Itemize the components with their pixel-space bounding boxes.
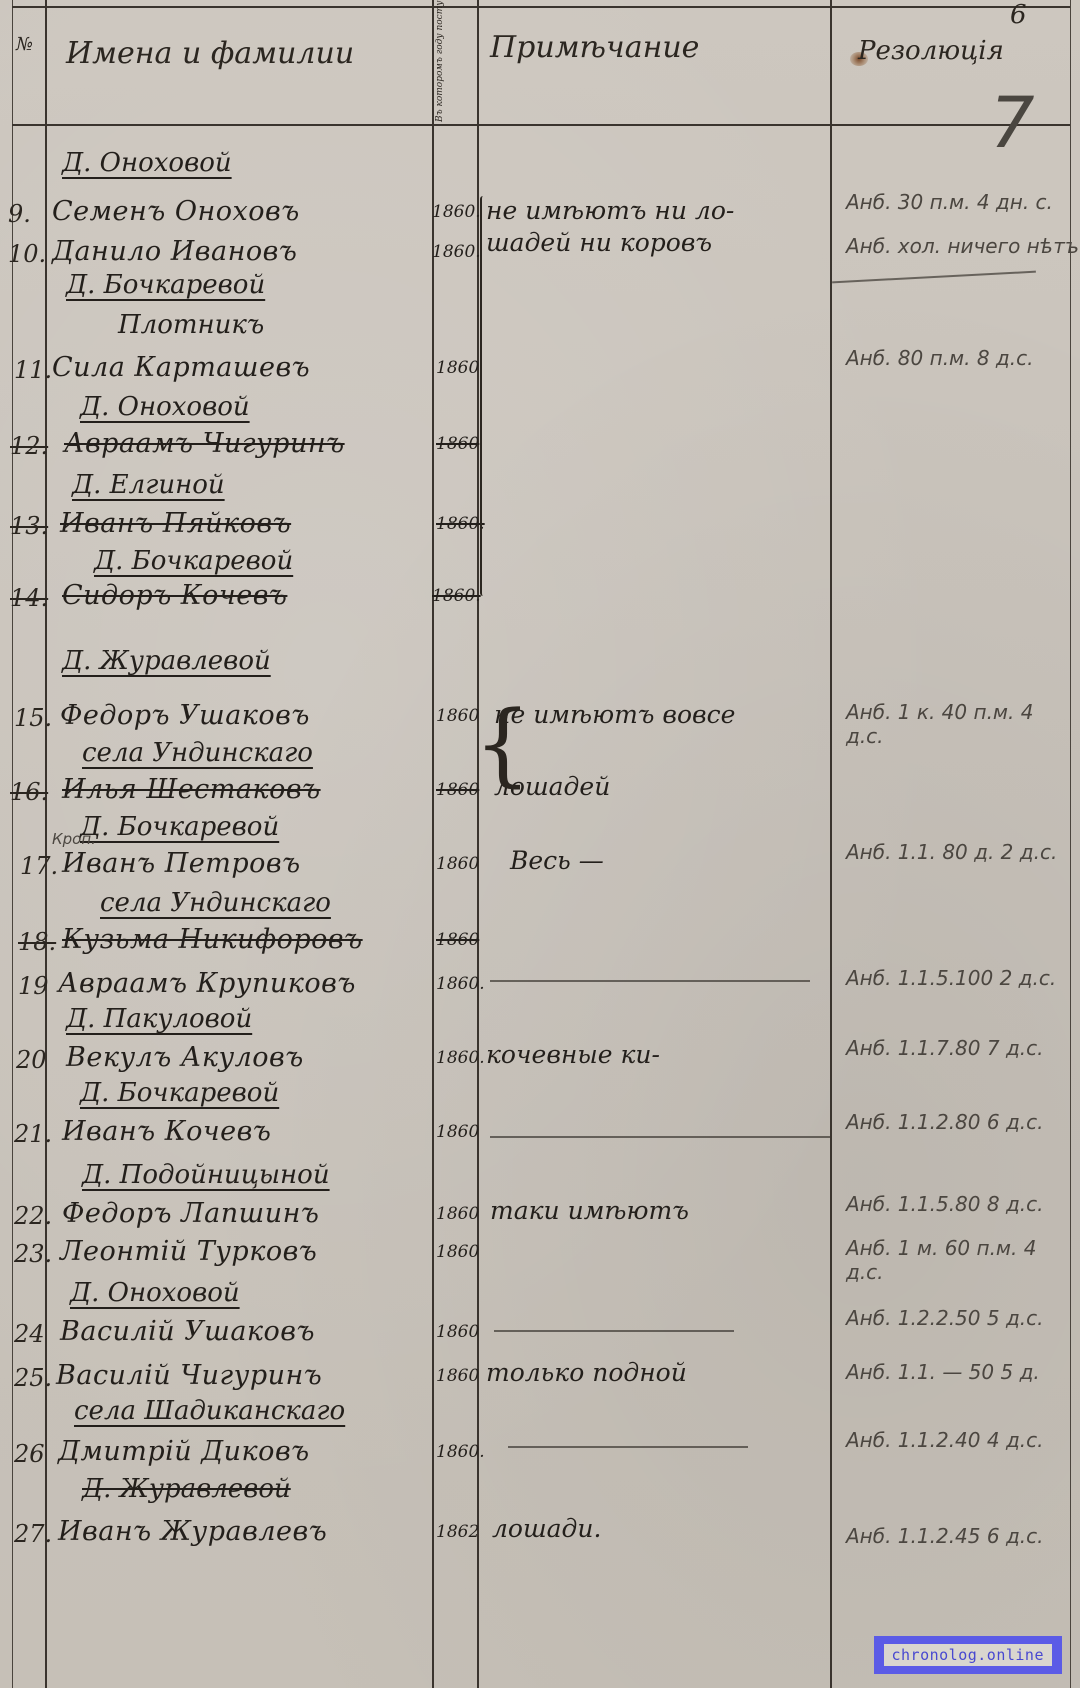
village-heading: Д. Елгиной [72, 470, 225, 500]
person-name-struck: Авраамъ Чигуринъ [64, 428, 345, 459]
row-number: 26 [14, 1440, 45, 1468]
header-note: Примѣчание [490, 30, 699, 65]
note-dash [508, 1446, 748, 1448]
person-name-struck: Илья Шестаковъ [62, 774, 321, 805]
resolution-note: Анб. 1.1. 80 д. 2 д.с. [846, 840, 1066, 864]
person-name: Василій Ушаковъ [60, 1316, 315, 1347]
village-heading: Д. Бочкаревой [80, 1078, 279, 1108]
entry-year: 1860. [432, 586, 481, 606]
note-dash [490, 1136, 830, 1138]
header-names: Имена и фамилии [66, 36, 354, 71]
entry-year: 1860 [436, 1366, 479, 1386]
folio-ink: 7 [990, 82, 1035, 164]
rule-header-bottom [12, 124, 1070, 126]
rule-top [12, 6, 1070, 8]
entry-note: шадей ни коровъ [486, 228, 712, 257]
row-number: 21. [14, 1120, 52, 1148]
resolution-note: Анб. 1.1.5.80 8 д.с. [846, 1192, 1066, 1216]
entry-year: 1860. [436, 974, 485, 994]
resolution-note: Анб. 1.1.2.80 6 д.с. [846, 1110, 1066, 1134]
row-number: 17. [20, 852, 58, 880]
resolution-note: Анб. 1 к. 40 п.м. 4 д.с. [846, 700, 1066, 748]
village-heading: Д. Оноховой [70, 1278, 240, 1308]
grouping-brace: { [474, 700, 531, 790]
resolution-note: Анб. 80 п.м. 8 д.с. [846, 346, 1033, 370]
row-number: 14. [10, 584, 48, 612]
row-number: 10. [8, 240, 46, 268]
row-number: 20 [16, 1046, 47, 1074]
person-name: Василій Чигуринъ [56, 1360, 322, 1391]
resolution-note: Анб. 1.2.2.50 5 д.с. [846, 1306, 1066, 1330]
person-name-struck: Сидоръ Кочевъ [62, 580, 287, 611]
watermark-text: chronolog.online [884, 1644, 1053, 1666]
grouping-bracket [480, 196, 486, 596]
row-number: 22. [14, 1202, 52, 1230]
village-heading: Д. Журавлевой [62, 646, 271, 676]
person-name: Иванъ Журавлевъ [58, 1516, 327, 1547]
margin-pencil-note: Кроп. [52, 830, 96, 848]
entry-note: таки имѣютъ [490, 1196, 689, 1225]
entry-year: 1860. [436, 514, 485, 534]
entry-note: не имѣютъ ни ло- [486, 196, 734, 225]
village-heading: села Шадиканскаго [74, 1396, 345, 1426]
entry-year: 1860 [436, 930, 479, 950]
entry-year: 1860. [432, 242, 481, 262]
header-year: Въ которомъ году поступили на поселение [435, 4, 445, 122]
village-heading: Д. Бочкаревой [66, 270, 265, 300]
entry-year: 1860. [436, 1442, 485, 1462]
resolution-note: Анб. 1.1.7.80 7 д.с. [846, 1036, 1066, 1060]
entry-note: Весь — [510, 846, 604, 875]
row-number: 19 [18, 972, 49, 1000]
watermark-badge: chronolog.online [874, 1636, 1063, 1674]
village-heading: села Ундинскаго [100, 888, 331, 918]
row-number: 18. [18, 928, 56, 956]
resolution-note: Анб. 1.1.5.100 2 д.с. [846, 966, 1066, 990]
person-name: Иванъ Петровъ [62, 848, 301, 879]
row-number: 27. [14, 1520, 52, 1548]
folio-pencil: 6 [1010, 0, 1027, 30]
person-name: Федоръ Лапшинъ [62, 1198, 319, 1229]
entry-year: 1860 [436, 780, 479, 800]
person-name: Векулъ Акуловъ [66, 1042, 304, 1073]
entry-year: 1860. [432, 202, 481, 222]
village-heading: Д. Оноховой [62, 148, 232, 178]
ledger-page: № Имена и фамилии Въ которомъ году посту… [0, 0, 1080, 1688]
person-name: Авраамъ Крупиковъ [58, 968, 356, 999]
resolution-note: Анб. 30 п.м. 4 дн. с. [846, 190, 1053, 214]
resolution-divider [832, 271, 1036, 284]
occupation-label: Плотникъ [118, 310, 264, 340]
resolution-note: Анб. хол. ничего нѣтъ [846, 234, 1079, 258]
entry-year: 1860 [436, 434, 479, 454]
header-resolution: Резолюція [858, 36, 1004, 66]
resolution-note: Анб. 1.1. — 50 5 д. [846, 1360, 1066, 1384]
entry-year: 1860 [436, 1122, 479, 1142]
person-name-struck: Кузьма Никифоровъ [62, 924, 363, 955]
entry-year: 1860 [436, 854, 479, 874]
village-heading: Д. Пакуловой [66, 1004, 252, 1034]
village-heading: Д. Бочкаревой [94, 546, 293, 576]
note-dash [494, 1330, 734, 1332]
person-name: Семенъ Оноховъ [52, 196, 300, 227]
row-number: 13. [10, 512, 48, 540]
entry-year: 1860. [436, 1048, 485, 1068]
person-name: Леонтій Турковъ [60, 1236, 317, 1267]
row-number: 24 [14, 1320, 45, 1348]
entry-year: 1860 [436, 706, 479, 726]
row-number: 23. [14, 1240, 52, 1268]
resolution-note: Анб. 1.1.2.45 6 д.с. [846, 1514, 1046, 1558]
entry-note: кочевные ки- [486, 1040, 660, 1069]
row-number: 16. [10, 778, 48, 806]
header-number: № [16, 34, 33, 55]
rule-note-col [830, 0, 832, 1688]
village-heading: Д. Бочкаревой [80, 812, 279, 842]
village-heading: Д. Подойницыной [82, 1160, 330, 1190]
row-number: 9. [8, 200, 31, 228]
person-name: Сила Карташевъ [52, 352, 310, 383]
entry-note: только подной [486, 1358, 687, 1387]
note-dash [490, 980, 810, 982]
person-name: Дмитрій Диковъ [58, 1436, 310, 1467]
row-number: 15. [14, 704, 52, 732]
entry-note: лошади. [492, 1514, 601, 1543]
village-heading: Д. Оноховой [80, 392, 250, 422]
row-number: 25. [14, 1364, 52, 1392]
entry-year: 1860 [436, 1204, 479, 1224]
person-name-struck: Иванъ Пяйковъ [60, 508, 291, 539]
resolution-note: Анб. 1.1.2.40 4 д.с. [846, 1428, 1066, 1452]
entry-year: 1860 [436, 1242, 479, 1262]
entry-year: 1862 [436, 1522, 479, 1542]
row-number: 11. [14, 356, 52, 384]
village-heading: села Ундинскаго [82, 738, 313, 768]
village-heading-struck: Д. Журавлевой [82, 1474, 291, 1504]
entry-year: 1860 [436, 1322, 479, 1342]
resolution-note: Анб. 1 м. 60 п.м. 4 д.с. [846, 1236, 1066, 1284]
person-name: Иванъ Кочевъ [62, 1116, 271, 1147]
row-number: 12. [10, 432, 48, 460]
person-name: Данило Ивановъ [52, 236, 297, 267]
entry-year: 1860 [436, 358, 479, 378]
person-name: Федоръ Ушаковъ [60, 700, 310, 731]
